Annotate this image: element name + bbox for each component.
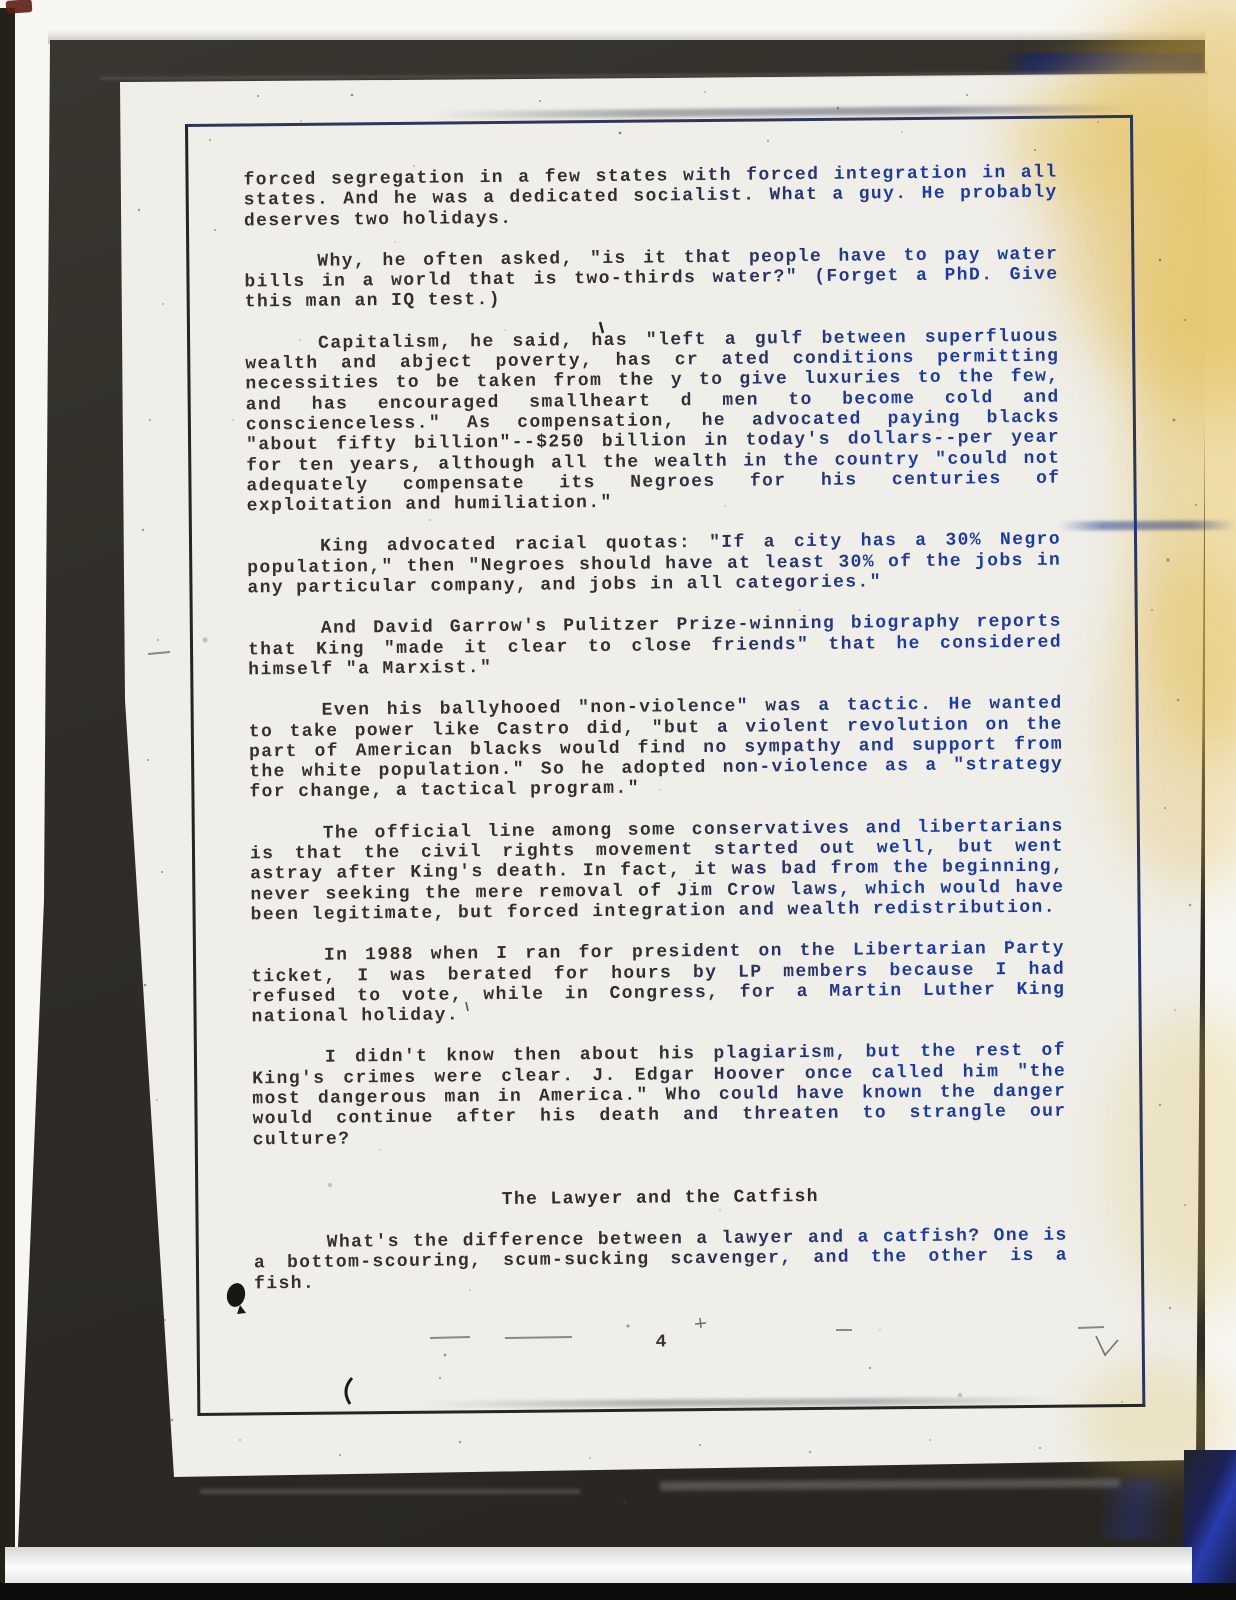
body-paragraph: The official line among some conservativ…	[250, 816, 1065, 925]
typed-text-frame: forced segregation in a few states with …	[185, 115, 1145, 1416]
section-heading: The Lawyer and the Catfish	[253, 1184, 1067, 1212]
body-paragraph: forced segregation in a few states with …	[243, 163, 1058, 232]
body-paragraph: Capitalism, he said, has "left a gulf be…	[245, 326, 1061, 516]
blue-ink-streak	[1058, 521, 1236, 531]
blue-streak-bottom	[1100, 1480, 1170, 1540]
film-strip-left	[0, 8, 15, 1600]
body-paragraph: What's the difference between a lawyer a…	[254, 1226, 1069, 1295]
body-paragraph: I didn't know then about his plagiarism,…	[252, 1041, 1067, 1150]
page-number: 4	[255, 1329, 1069, 1357]
red-mark-top-left	[6, 0, 33, 14]
smudge-page-bottom-left	[200, 1489, 580, 1494]
body-paragraph: In 1988 when I ran for president on the …	[251, 939, 1066, 1028]
body-paragraph: Why, he often asked, "is it that people …	[244, 245, 1059, 314]
white-band-bottom	[5, 1547, 1192, 1585]
black-strip-bottom	[0, 1583, 1236, 1600]
body-paragraph: Even his ballyhooed "non-violence" was a…	[249, 694, 1064, 803]
body-paragraph: And David Garrow's Pulitzer Prize-winnin…	[248, 612, 1063, 681]
body-paragraph: King advocated racial quotas: "If a city…	[247, 530, 1062, 599]
typed-text-column: forced segregation in a few states with …	[243, 163, 1068, 1357]
